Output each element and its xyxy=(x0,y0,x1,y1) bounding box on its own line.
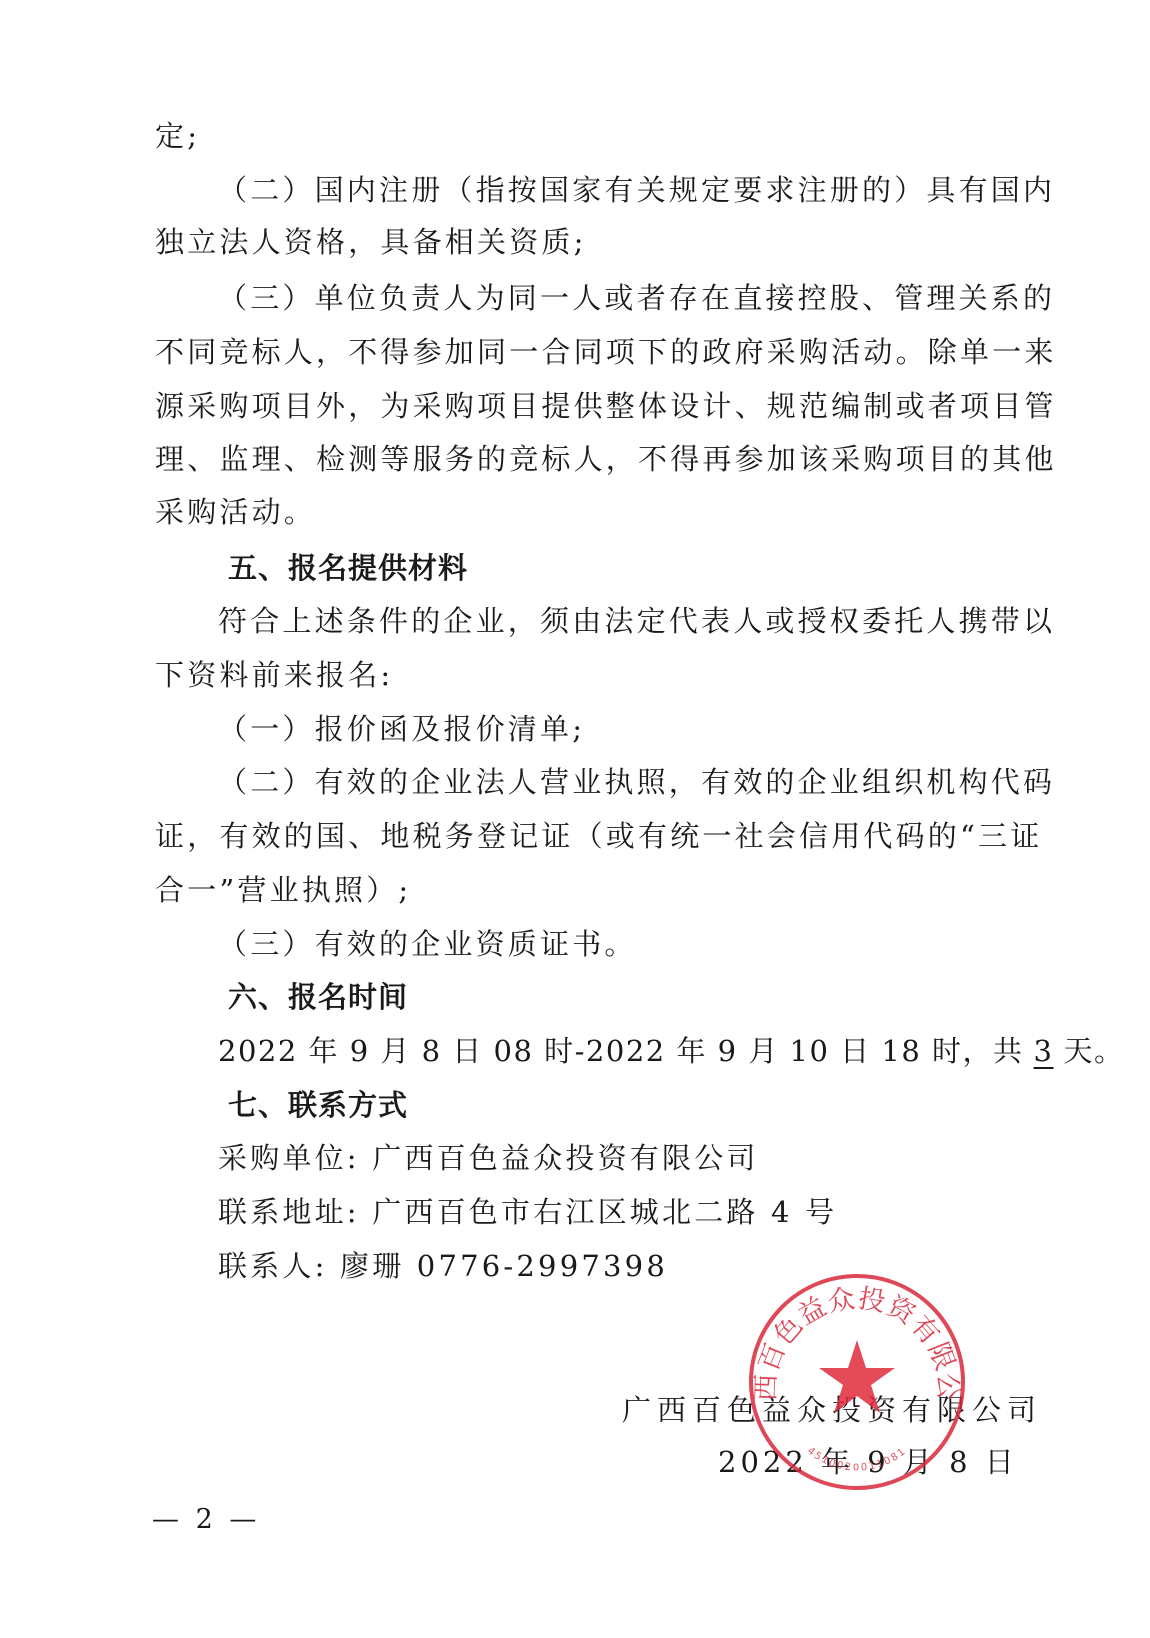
text-line: 源采购项目外，为采购项目提供整体设计、规范编制或者项目管 xyxy=(155,386,1045,426)
text-line: （三）单位负责人为同一人或者存在直接控股、管理关系的 xyxy=(218,278,1108,318)
text-line: 独立法人资格，具备相关资质; xyxy=(155,222,1045,262)
section-heading-6: 六、报名时间 xyxy=(228,977,1118,1017)
text-line: 合一”营业执照）; xyxy=(155,870,1045,910)
days-count: 3 xyxy=(1024,1034,1064,1068)
text-line: （二）国内注册（指按国家有关规定要求注册的）具有国内 xyxy=(218,170,1108,210)
text-line: 采购活动。 xyxy=(155,492,1045,532)
contact-line: 联系人: 廖珊 0776-2997398 xyxy=(218,1246,1108,1286)
section-heading-5: 五、报名提供材料 xyxy=(228,548,1118,588)
text-line: 证，有效的国、地税务登记证（或有统一社会信用代码的“三证 xyxy=(155,816,1045,856)
time-range: 2022 年 9 月 8 日 08 时-2022 年 9 月 10 日 18 时… xyxy=(218,1034,1024,1068)
text-line: 不同竞标人，不得参加同一合同项下的政府采购活动。除单一来 xyxy=(155,332,1045,372)
registration-time: 2022 年 9 月 8 日 08 时-2022 年 9 月 10 日 18 时… xyxy=(218,1031,1108,1071)
text-line: 理、监理、检测等服务的竞标人，不得再参加该采购项目的其他 xyxy=(155,439,1045,479)
section-heading-7: 七、联系方式 xyxy=(228,1085,1118,1125)
text-line: 符合上述条件的企业，须由法定代表人或授权委托人携带以 xyxy=(218,601,1108,641)
signature-company: 广西百色益众投资有限公司 xyxy=(622,1390,1042,1430)
address-line: 联系地址: 广西百色市右江区城北二路 4 号 xyxy=(218,1192,1108,1232)
svg-text:广西百色益众投资有限公司: 广西百色益众投资有限公司 xyxy=(745,1270,963,1402)
purchaser-line: 采购单位: 广西百色益众投资有限公司 xyxy=(218,1138,1108,1178)
list-item: （三）有效的企业资质证书。 xyxy=(218,924,1108,964)
time-suffix: 天。 xyxy=(1063,1034,1124,1068)
text-line: 下资料前来报名: xyxy=(155,655,1045,695)
signature-date: 2022 年 9 月 8 日 xyxy=(718,1442,978,1482)
list-item: （一）报价函及报价清单; xyxy=(218,709,1108,749)
document-page: 定; （二）国内注册（指按国家有关规定要求注册的）具有国内 独立法人资格，具备相… xyxy=(0,0,1150,1638)
page-number: — 2 — xyxy=(152,1500,260,1540)
text-line: 定; xyxy=(155,116,1045,156)
list-item: （二）有效的企业法人营业执照，有效的企业组织机构代码 xyxy=(218,762,1108,802)
